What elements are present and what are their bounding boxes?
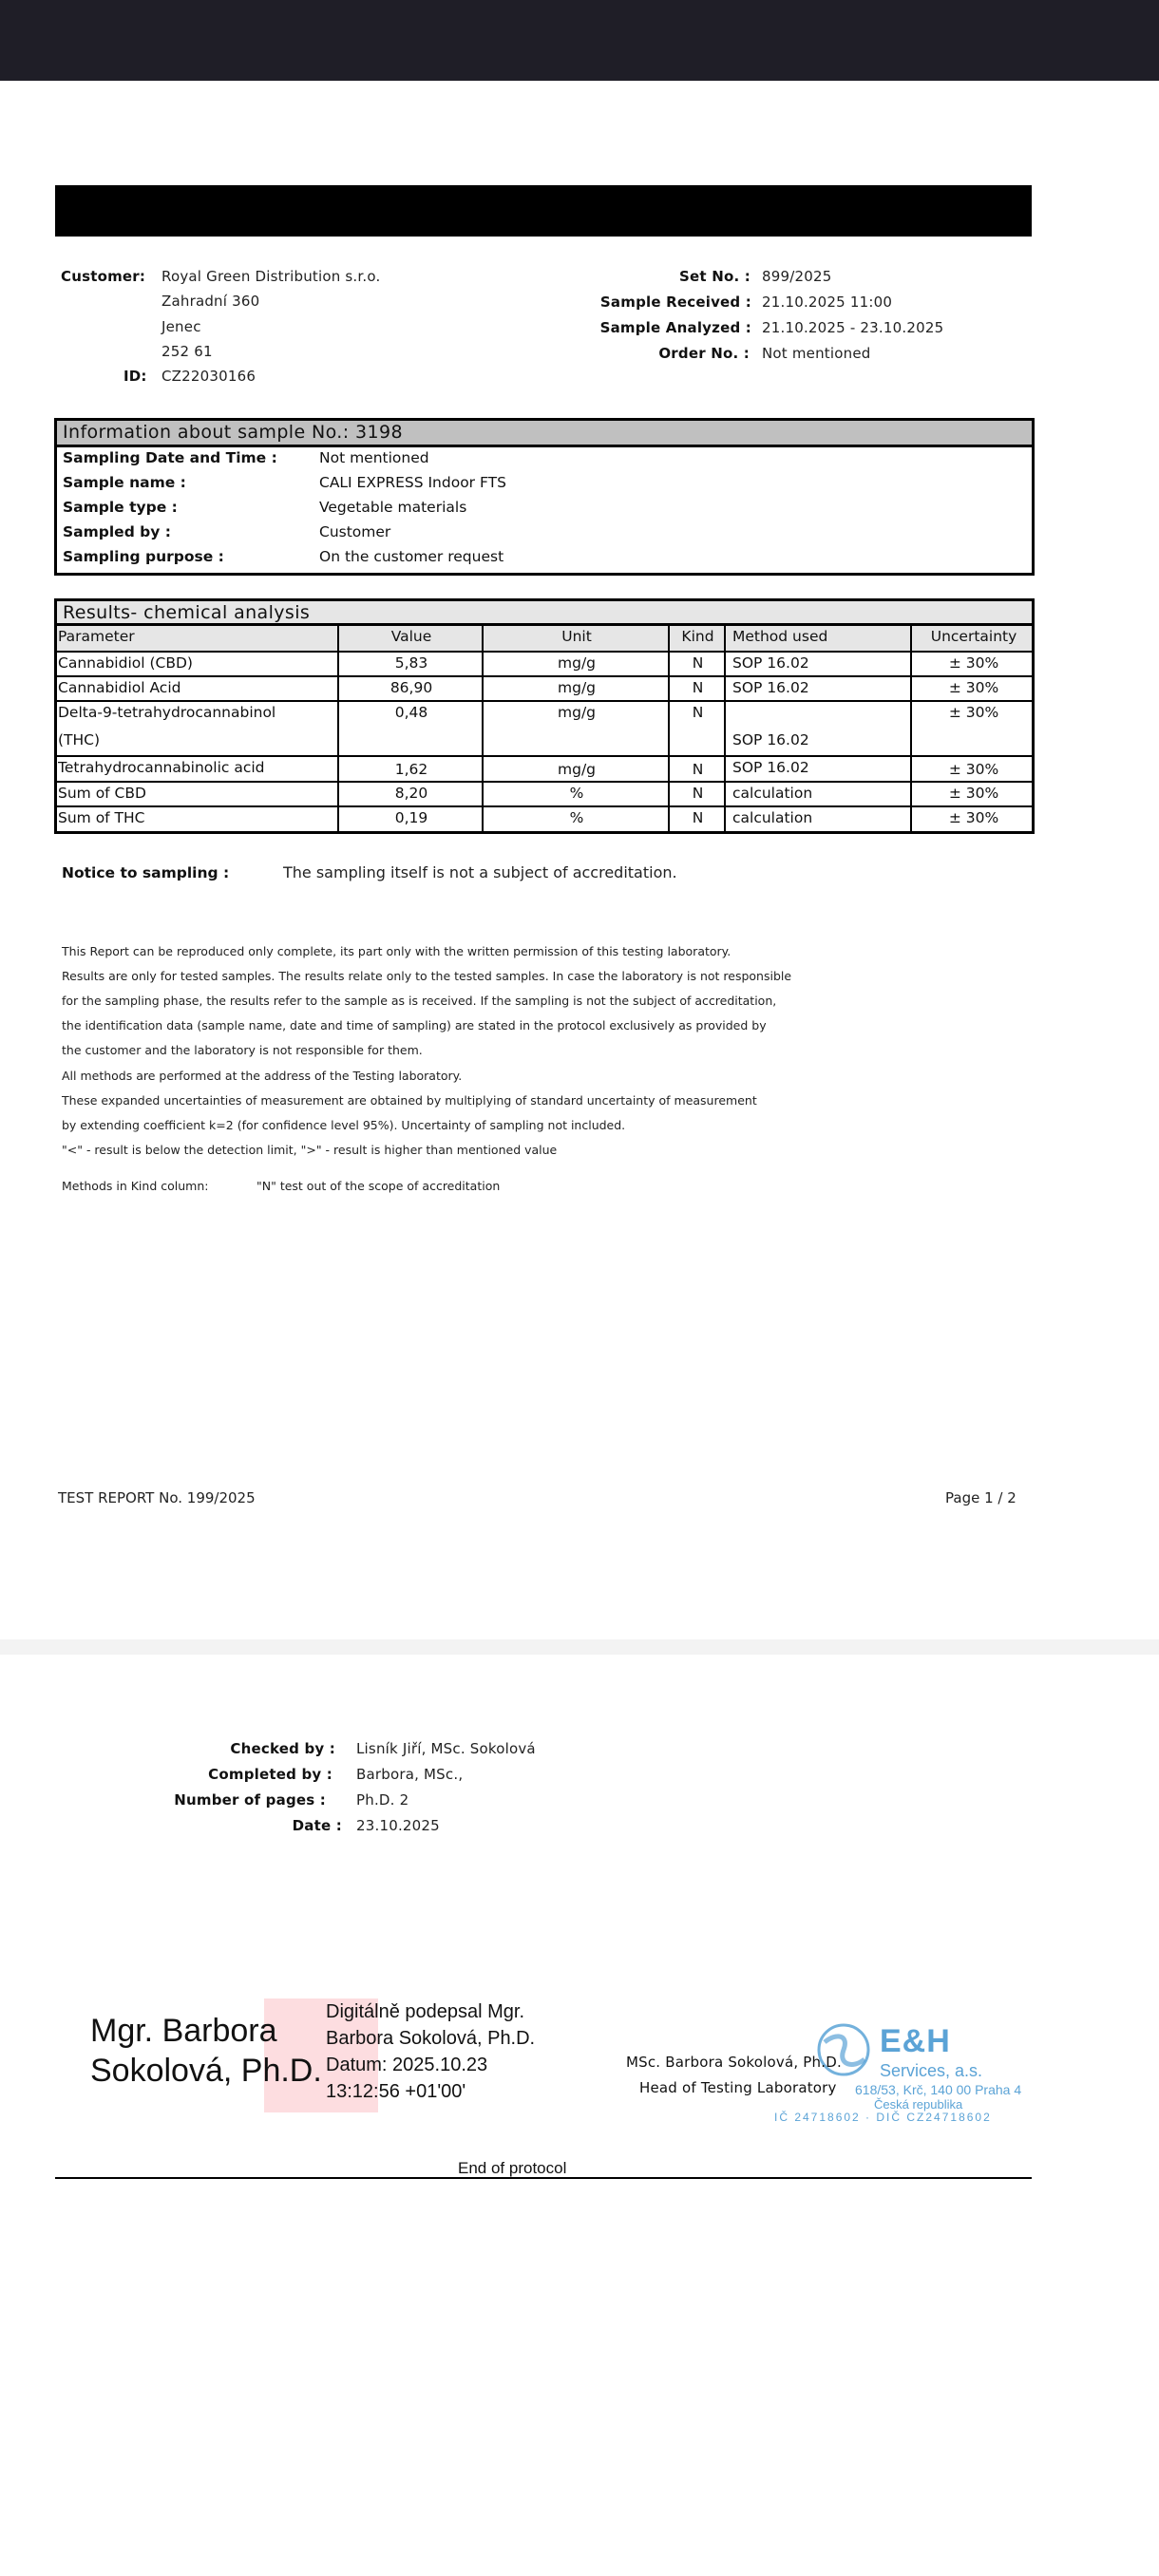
cell-cbda-kind: N xyxy=(671,679,725,696)
cell-sum-cbd-method: calculation xyxy=(732,785,911,802)
column-divider xyxy=(724,625,726,832)
completed-by-value: Barbora, MSc., xyxy=(356,1766,463,1783)
cell-thc-parameter-line2: (THC) xyxy=(58,731,334,748)
cell-thca-kind: N xyxy=(671,761,725,778)
sample-received-row: Sample Received : xyxy=(570,294,751,311)
signature-name-line1: Mgr. Barbora xyxy=(90,2012,277,2050)
info-value: On the customer request xyxy=(319,548,503,565)
fine-print-line: by extending coefficient k=2 (for confid… xyxy=(62,1118,625,1132)
cell-cbda-unit: mg/g xyxy=(484,679,669,696)
signature-name-line2: Sokolová, Ph.D. xyxy=(90,2052,322,2090)
sample-analyzed-value: 21.10.2025 - 23.10.2025 xyxy=(762,319,943,336)
stamp-company: Services, a.s. xyxy=(880,2061,982,2081)
cell-cbd-method: SOP 16.02 xyxy=(732,654,911,672)
results-title: Results- chemical analysis xyxy=(57,601,1032,626)
info-row-sampling-purpose: Sampling purpose :On the customer reques… xyxy=(63,548,503,565)
set-no-label: Set No. : xyxy=(570,268,750,285)
cell-cbda-method: SOP 16.02 xyxy=(732,679,911,696)
pages-label: Number of pages : xyxy=(142,1791,326,1809)
info-row-sample-name: Sample name :CALI EXPRESS Indoor FTS xyxy=(63,474,506,491)
pages-value: Ph.D. 2 xyxy=(356,1791,408,1809)
checked-by-row: Checked by : xyxy=(142,1740,335,1757)
cell-sum-cbd-uncertainty: ± 30% xyxy=(913,785,1035,802)
cell-sum-cbd-unit: % xyxy=(484,785,669,802)
cell-thca-parameter: Tetrahydrocannabinolic acid xyxy=(58,759,334,776)
cell-cbda-parameter: Cannabidiol Acid xyxy=(58,679,334,696)
row-divider xyxy=(57,755,1032,757)
column-header-parameter: Parameter xyxy=(58,628,334,645)
date-value: 23.10.2025 xyxy=(356,1817,440,1834)
info-value: Not mentioned xyxy=(319,449,429,466)
cell-sum-thc-kind: N xyxy=(671,809,725,826)
customer-zip: 252 61 xyxy=(161,343,213,360)
fine-print-line: "<" - result is below the detection limi… xyxy=(62,1143,557,1157)
cell-thca-method: SOP 16.02 xyxy=(732,759,911,776)
row-divider xyxy=(57,781,1032,783)
cell-thc-unit: mg/g xyxy=(484,704,669,721)
info-label: Sampling Date and Time : xyxy=(63,449,319,466)
customer-label: Customer: xyxy=(61,268,145,285)
date-row: Date : xyxy=(142,1817,342,1834)
sample-analyzed-row: Sample Analyzed : xyxy=(570,319,751,336)
column-header-kind: Kind xyxy=(671,628,725,645)
cell-thc-method: SOP 16.02 xyxy=(732,731,911,748)
info-label: Sample type : xyxy=(63,499,319,516)
date-label: Date : xyxy=(142,1817,342,1834)
column-header-uncertainty: Uncertainty xyxy=(913,628,1035,645)
page-number: Page 1 / 2 xyxy=(945,1489,1016,1506)
set-no-row: Set No. : xyxy=(570,268,750,285)
fine-print-line: All methods are performed at the address… xyxy=(62,1069,462,1083)
fine-print-line: This Report can be reproduced only compl… xyxy=(62,944,731,958)
completed-by-label: Completed by : xyxy=(142,1766,332,1783)
cell-thc-parameter: Delta-9-tetrahydrocannabinol xyxy=(58,704,334,721)
info-label: Sampling purpose : xyxy=(63,548,319,565)
cell-cbd-uncertainty: ± 30% xyxy=(913,654,1035,672)
viewer-toolbar xyxy=(0,0,1159,81)
cell-cbd-unit: mg/g xyxy=(484,654,669,672)
stamp-ids: IČ 24718602 · DIČ CZ24718602 xyxy=(774,2111,992,2124)
cell-thc-kind: N xyxy=(671,704,725,721)
fine-print-line: These expanded uncertainties of measurem… xyxy=(62,1093,757,1108)
order-no-label: Order No. : xyxy=(570,345,750,362)
kind-note-label: Methods in Kind column: xyxy=(62,1179,208,1193)
info-label: Sampled by : xyxy=(63,523,319,540)
column-header-method: Method used xyxy=(732,628,911,645)
info-row-sample-type: Sample type :Vegetable materials xyxy=(63,499,466,516)
row-divider xyxy=(57,805,1032,807)
results-table: Results- chemical analysis ParameterValu… xyxy=(54,598,1035,834)
signer-role: Head of Testing Laboratory xyxy=(639,2079,837,2096)
cell-sum-thc-uncertainty: ± 30% xyxy=(913,809,1035,826)
report-number: TEST REPORT No. 199/2025 xyxy=(58,1489,256,1506)
info-row-sampled-by: Sampled by :Customer xyxy=(63,523,390,540)
signer-name: MSc. Barbora Sokolová, Ph.D. xyxy=(626,2054,842,2071)
cell-thca-value: 1,62 xyxy=(340,761,483,778)
checked-by-value: Lisník Jiří, MSc. Sokolová xyxy=(356,1740,536,1757)
fine-print-line: Results are only for tested samples. The… xyxy=(62,969,791,983)
customer-city: Jenec xyxy=(161,318,201,335)
sample-received-label: Sample Received : xyxy=(570,294,751,311)
signature-digital-line3: Datum: 2025.10.23 xyxy=(326,2053,487,2078)
stamp-logo-icon xyxy=(815,2021,872,2080)
cell-sum-thc-unit: % xyxy=(484,809,669,826)
completed-by-row: Completed by : xyxy=(142,1766,332,1783)
end-of-protocol: End of protocol xyxy=(458,2159,566,2178)
sample-received-value: 21.10.2025 11:00 xyxy=(762,294,892,311)
cell-thca-unit: mg/g xyxy=(484,761,669,778)
signature-digital-line1: Digitálně podepsal Mgr. xyxy=(326,1999,524,2025)
cell-thc-uncertainty: ± 30% xyxy=(913,704,1035,721)
fine-print-line: the identification data (sample name, da… xyxy=(62,1018,767,1032)
stamp-logo-text: E&H xyxy=(880,2023,951,2060)
info-row-sampling-date: Sampling Date and Time :Not mentioned xyxy=(63,449,429,466)
column-divider xyxy=(337,625,339,832)
pages-row: Number of pages : xyxy=(142,1791,326,1809)
cell-sum-cbd-parameter: Sum of CBD xyxy=(58,785,334,802)
cell-cbd-value: 5,83 xyxy=(340,654,483,672)
redacted-header-bar xyxy=(55,185,1032,237)
notice-label: Notice to sampling : xyxy=(62,864,229,881)
checked-by-label: Checked by : xyxy=(142,1740,335,1757)
cell-sum-thc-method: calculation xyxy=(732,809,911,826)
fine-print-line: the customer and the laboratory is not r… xyxy=(62,1043,423,1057)
info-value: Vegetable materials xyxy=(319,499,466,516)
cell-sum-cbd-kind: N xyxy=(671,785,725,802)
stamp-country: Česká republika xyxy=(874,2097,962,2112)
row-divider xyxy=(57,651,1032,653)
sample-analyzed-label: Sample Analyzed : xyxy=(570,319,751,336)
customer-id-value: CZ22030166 xyxy=(161,368,256,385)
order-no-row: Order No. : xyxy=(570,345,750,362)
customer-street: Zahradní 360 xyxy=(161,293,259,310)
cell-sum-cbd-value: 8,20 xyxy=(340,785,483,802)
cell-sum-thc-parameter: Sum of THC xyxy=(58,809,334,826)
stamp-address: 618/53, Krč, 140 00 Praha 4 xyxy=(855,2082,1021,2097)
row-divider xyxy=(57,700,1032,702)
column-header-unit: Unit xyxy=(484,628,669,645)
signature-digital-line2: Barbora Sokolová, Ph.D. xyxy=(326,2026,535,2052)
kind-note-text: "N" test out of the scope of accreditati… xyxy=(256,1179,500,1193)
set-no-value: 899/2025 xyxy=(762,268,831,285)
info-label: Sample name : xyxy=(63,474,319,491)
column-divider xyxy=(910,625,912,832)
cell-cbda-uncertainty: ± 30% xyxy=(913,679,1035,696)
notice-text: The sampling itself is not a subject of … xyxy=(283,863,677,881)
page-separator xyxy=(0,1639,1159,1655)
column-divider xyxy=(668,625,670,832)
cell-cbd-parameter: Cannabidiol (CBD) xyxy=(58,654,334,672)
column-divider xyxy=(482,625,484,832)
info-value: CALI EXPRESS Indoor FTS xyxy=(319,474,506,491)
customer-id-label: ID: xyxy=(123,368,147,385)
row-divider xyxy=(57,675,1032,677)
cell-sum-thc-value: 0,19 xyxy=(340,809,483,826)
cell-cbda-value: 86,90 xyxy=(340,679,483,696)
order-no-value: Not mentioned xyxy=(762,345,870,362)
column-header-value: Value xyxy=(340,628,483,645)
cell-cbd-kind: N xyxy=(671,654,725,672)
sample-info-title: Information about sample No.: 3198 xyxy=(57,421,1032,447)
sample-info-box: Information about sample No.: 3198 Sampl… xyxy=(54,418,1035,576)
info-value: Customer xyxy=(319,523,390,540)
signature-digital-line4: 13:12:56 +01'00' xyxy=(326,2079,465,2105)
customer-name: Royal Green Distribution s.r.o. xyxy=(161,268,380,285)
fine-print-line: for the sampling phase, the results refe… xyxy=(62,994,776,1008)
cell-thca-uncertainty: ± 30% xyxy=(913,761,1035,778)
cell-thc-value: 0,48 xyxy=(340,704,483,721)
